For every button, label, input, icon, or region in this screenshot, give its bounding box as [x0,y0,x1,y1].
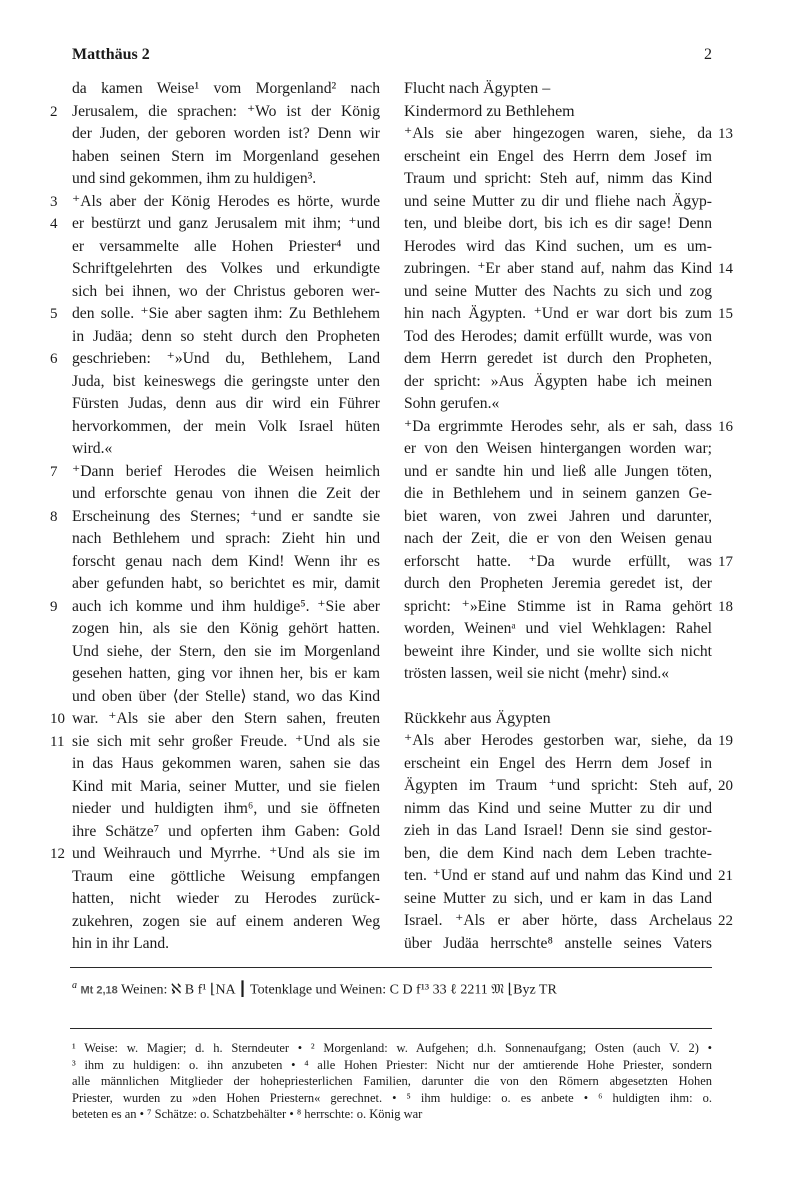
verse-text: und er sandte hin und ließ alle Jungen t… [404,463,712,480]
verse-number: 22 [718,910,738,933]
verse-line: und sind gekommen, ihm zu huldigen³. [72,168,380,191]
page-header: Matthäus 2 2 [72,46,712,70]
verse-line: 12und Weihrauch und Myrrhe. ⁺Und als sie… [72,843,380,866]
verse-line: forscht genau nach dem Kind! Wenn ihr es [72,551,380,574]
verse-number: 11 [50,731,64,754]
verse-line: 14zubringen. ⁺Er aber stand auf, nahm da… [404,258,712,281]
footnote-line: alle männlichen Mitglieder der hohepries… [72,1073,712,1090]
right-text-column: Flucht nach Ägypten – Kindermord zu Beth… [404,78,712,955]
section-heading-flight-line-1: Flucht nach Ägypten – [404,78,712,101]
verse-line: 19⁺Als aber Herodes gestorben war, siehe… [404,730,712,753]
verse-text: ben, die dem Kind nach dem Leben trachte… [404,845,712,862]
verse-line: der spricht: »Aus Ägypten habe ich meine… [404,371,712,394]
verse-text: nach der Zeit, die er von den Weisen gen… [404,530,712,547]
verse-number: 10 [50,708,64,731]
section-flight-body: 13⁺Als sie aber hingezogen waren, siehe,… [404,123,712,686]
verse-number: 2 [50,101,64,124]
verse-text: da kamen Weise¹ vom Morgenland² nach [72,80,380,97]
verse-text: hervorkommen, der mein Volk Israel hüten [72,418,380,435]
verse-line: erscheint ein Engel des Herrn dem Josef … [404,146,712,169]
verse-text: zieh in das Land Israel! Denn sie sind g… [404,822,712,839]
apparatus-text: Weinen: ℵ B f¹ ⌊NA ┃ Totenklage und Wein… [121,983,557,998]
footnote-divider [70,1028,712,1029]
section-return-body: 19⁺Als aber Herodes gestorben war, siehe… [404,730,712,955]
verse-line: Schriftgelehrten des Volkes und erkundig… [72,258,380,281]
verse-line: wird.« [72,438,380,461]
verse-text: ⁺Als sie aber hingezogen waren, siehe, d… [404,125,712,142]
verse-line: seine Mutter zu sich, und er kam in das … [404,888,712,911]
verse-text: haben seinen Stern im Morgenland gesehen [72,148,380,165]
verse-text: Und siehe, der Stern, den sie im Morgenl… [72,643,380,660]
verse-text: Schriftgelehrten des Volkes und erkundig… [72,260,380,277]
verse-number: 21 [718,865,738,888]
verse-text: und seine Mutter des Nachts zu sich und … [404,283,712,300]
verse-number: 15 [718,303,738,326]
verse-text: ⁺Dann berief Herodes die Weisen heimlich [72,463,380,480]
verse-text: der Juden, der geboren worden ist? Denn … [72,125,380,142]
verse-number: 3 [50,191,64,214]
verse-text: Herodes wird das Kind suchen, um es um- [404,238,712,255]
verse-line: hervorkommen, der mein Volk Israel hüten [72,416,380,439]
verse-line: 6geschrieben: ⁺»Und du, Bethlehem, Land [72,348,380,371]
verse-number: 9 [50,596,64,619]
verse-line: und erforschte genau von ihnen die Zeit … [72,483,380,506]
verse-text: nach Bethlehem und sprach: Zieht hin und [72,530,380,547]
verse-text: biet waren, von zwei Jahren und darunter… [404,508,712,525]
verse-text: trösten lassen, weil sie nicht ⟨mehr⟩ si… [404,665,669,682]
verse-line: 18spricht: ⁺»Eine Stimme ist in Rama geh… [404,596,712,619]
verse-line: 11sie sich mit sehr großer Freude. ⁺Und … [72,731,380,754]
verse-text: und erforschte genau von ihnen die Zeit … [72,485,380,502]
verse-text: durch den Propheten Jeremia geredet ist,… [404,575,712,592]
verse-text: ⁺Da ergrimmte Herodes sehr, als er sah, … [404,418,712,435]
verse-text: und sind gekommen, ihm zu huldigen³. [72,170,316,187]
verse-number: 20 [718,775,738,798]
verse-text: er bestürzt und ganz Jerusalem mit ihm; … [72,215,380,232]
verse-number: 19 [718,730,738,753]
verse-text: Sohn gerufen.« [404,395,499,412]
verse-text: Israel. ⁺Als er aber hörte, dass Archela… [404,912,712,929]
verse-line: nach der Zeit, die er von den Weisen gen… [404,528,712,551]
verse-line: ihre Schätze⁷ und opferten ihm Gaben: Go… [72,821,380,844]
footnote-line: Priester, wurden zu »den Hohen Priestern… [72,1090,712,1107]
verse-line: Traum und spricht: Steh auf, nimm das Ki… [404,168,712,191]
section-gap [404,686,712,708]
verse-text: Erscheinung des Sternes; ⁺und er sandte … [72,508,380,525]
verse-text: zubringen. ⁺Er aber stand auf, nahm das … [404,260,712,277]
verse-number: 17 [718,551,738,574]
verse-line: zogen hin, als sie den König gehört hatt… [72,618,380,641]
verse-text: seine Mutter zu sich, und er kam in das … [404,890,712,907]
verse-number: 8 [50,506,64,529]
verse-number: 13 [718,123,738,146]
verse-line: Tod des Herodes; damit erfüllt wurde, wa… [404,326,712,349]
verse-text: war. ⁺Als sie aber den Stern sahen, freu… [72,710,380,727]
verse-text: in Judäa; denn so steht durch den Prophe… [72,328,380,345]
verse-line: zukehren, zogen sie auf einem anderen We… [72,911,380,934]
verse-text: geschrieben: ⁺»Und du, Bethlehem, Land [72,350,380,367]
verse-line: Kind mit Maria, seiner Mutter, und sie f… [72,776,380,799]
verse-line: ten, und bleibe dort, bis ich es dir sag… [404,213,712,236]
verse-line: 21ten. ⁺Und er stand auf und nahm das Ki… [404,865,712,888]
verse-text: hatten, nicht wieder zu Herodes zurück- [72,890,380,907]
verse-number: 6 [50,348,64,371]
verse-line: aber gefunden habt, so berichtet es mir,… [72,573,380,596]
verse-text: und seine Mutter zu dir und fliehe nach … [404,193,712,210]
verse-line: Sohn gerufen.« [404,393,712,416]
verse-text: und Weihrauch und Myrrhe. ⁺Und als sie i… [72,845,380,862]
verse-line: 20Ägypten im Traum ⁺und spricht: Steh au… [404,775,712,798]
verse-text: hin in ihr Land. [72,935,169,952]
verse-line: Fürsten Judas, denn aus dir wird ein Füh… [72,393,380,416]
verse-text: ⁺Als aber der König Herodes es hörte, wu… [72,193,380,210]
verse-line: und er sandte hin und ließ alle Jungen t… [404,461,712,484]
section-heading-flight-line-2: Kindermord zu Bethlehem [404,101,712,124]
verse-line: und oben über ⟨der Stelle⟩ stand, wo das… [72,686,380,709]
verse-line: über Judäa herrschte⁸ anstelle seines Va… [404,933,712,956]
verse-text: Ägypten im Traum ⁺und spricht: Steh auf, [404,777,712,794]
verse-text: ten, und bleibe dort, bis ich es dir sag… [404,215,712,232]
verse-number: 7 [50,461,64,484]
verse-line: sich bei ihnen, wo der Christus geboren … [72,281,380,304]
verse-line: 16⁺Da ergrimmte Herodes sehr, als er sah… [404,416,712,439]
verse-text: forscht genau nach dem Kind! Wenn ihr es [72,553,380,570]
verse-line: in Judäa; denn so steht durch den Prophe… [72,326,380,349]
verse-text: sie sich mit sehr großer Freude. ⁺Und al… [72,733,380,750]
apparatus-divider [70,967,712,968]
verse-number: 5 [50,303,64,326]
verse-text: Traum und spricht: Steh auf, nimm das Ki… [404,170,712,187]
verse-line: 13⁺Als sie aber hingezogen waren, siehe,… [404,123,712,146]
verse-line: trösten lassen, weil sie nicht ⟨mehr⟩ si… [404,663,712,686]
verse-text: aber gefunden habt, so berichtet es mir,… [72,575,380,592]
chapter-number: 2 [704,46,712,64]
verse-text: zukehren, zogen sie auf einem anderen We… [72,913,380,930]
verse-text: die in Bethlehem und in seinem ganzen Ge… [404,485,712,502]
verse-text: in das Haus gekommen waren, sahen sie da… [72,755,380,772]
verse-text: er von den Weisen hintergangen worden wa… [404,440,712,457]
verse-line: da kamen Weise¹ vom Morgenland² nach [72,78,380,101]
verse-line: erscheint ein Engel des Herrn dem Josef … [404,753,712,776]
running-head: Matthäus 2 [72,46,150,64]
verse-line: 15hin nach Ägypten. ⁺Und er war dort bis… [404,303,712,326]
verse-text: hin nach Ägypten. ⁺Und er war dort bis z… [404,305,712,322]
verse-line: 9auch ich komme und ihm huldige⁵. ⁺Sie a… [72,596,380,619]
verse-text: Kind mit Maria, seiner Mutter, und sie f… [72,778,380,795]
verse-line: worden, Weinenᵃ und viel Wehklagen: Rahe… [404,618,712,641]
verse-line: in das Haus gekommen waren, sahen sie da… [72,753,380,776]
verse-text: und oben über ⟨der Stelle⟩ stand, wo das… [72,688,380,705]
verse-text: erforscht hatte. ⁺Da wurde erfüllt, was [404,553,712,570]
left-text-column: da kamen Weise¹ vom Morgenland² nach2Jer… [72,78,380,956]
section-heading-return: Rückkehr aus Ägypten [404,708,712,731]
verse-number: 14 [718,258,738,281]
verse-text: spricht: ⁺»Eine Stimme ist in Rama gehör… [404,598,712,615]
verse-text: Jerusalem, die sprachen: ⁺Wo ist der Kön… [72,103,380,120]
verse-line: gesehen hatten, ging vor ihnen her, bis … [72,663,380,686]
verse-line: Juda, bist keineswegs die geringste unte… [72,371,380,394]
verse-number: 16 [718,416,738,439]
verse-number: 4 [50,213,64,236]
verse-text: er versammelte alle Hohen Priester⁴ und [72,238,380,255]
verse-text: beweint ihre Kinder, und sie wollte sich… [404,643,712,660]
verse-text: wird.« [72,440,112,457]
verse-text: sich bei ihnen, wo der Christus geboren … [72,283,380,300]
verse-line: nimm das Kind und seine Mutter zu dir un… [404,798,712,821]
verse-text: erscheint ein Engel des Herrn dem Josef … [404,148,712,165]
verse-line: 8Erscheinung des Sternes; ⁺und er sandte… [72,506,380,529]
verse-line: 4er bestürzt und ganz Jerusalem mit ihm;… [72,213,380,236]
verse-text: den solle. ⁺Sie aber sagten ihm: Zu Beth… [72,305,380,322]
apparatus-sigil: a [72,980,77,991]
verse-line: nieder und huldigten ihm⁶, und sie öffne… [72,798,380,821]
verse-line: dem Herrn geredet ist durch den Prophete… [404,348,712,371]
verse-text: auch ich komme und ihm huldige⁵. ⁺Sie ab… [72,598,380,615]
verse-number: 18 [718,596,738,619]
verse-line: 10war. ⁺Als sie aber den Stern sahen, fr… [72,708,380,731]
verse-text: Fürsten Judas, denn aus dir wird ein Füh… [72,395,380,412]
verse-line: und seine Mutter zu dir und fliehe nach … [404,191,712,214]
verse-text: ihre Schätze⁷ und opferten ihm Gaben: Go… [72,823,380,840]
verse-text: gesehen hatten, ging vor ihnen her, bis … [72,665,380,682]
verse-line: beweint ihre Kinder, und sie wollte sich… [404,641,712,664]
verse-line: biet waren, von zwei Jahren und darunter… [404,506,712,529]
verse-text: zogen hin, als sie den König gehört hatt… [72,620,380,637]
verse-line: er versammelte alle Hohen Priester⁴ und [72,236,380,259]
verse-line: haben seinen Stern im Morgenland gesehen [72,146,380,169]
footnotes: ¹ Weise: w. Magier; d. h. Sterndeuter • … [72,1040,712,1123]
verse-text: ⁺Als aber Herodes gestorben war, siehe, … [404,732,712,749]
verse-text: erscheint ein Engel des Herrn dem Josef … [404,755,712,772]
verse-line: ben, die dem Kind nach dem Leben trachte… [404,843,712,866]
apparatus-reference: Mt 2,18 [81,985,118,997]
footnote-line: beteten es an • ⁷ Schätze: o. Schatzbehä… [72,1106,712,1123]
verse-text: Tod des Herodes; damit erfüllt wurde, wa… [404,328,712,345]
verse-line: Und siehe, der Stern, den sie im Morgenl… [72,641,380,664]
verse-line: 3⁺Als aber der König Herodes es hörte, w… [72,191,380,214]
verse-text: dem Herrn geredet ist durch den Prophete… [404,350,712,367]
text-critical-apparatus: a Mt 2,18 Weinen: ℵ B f¹ ⌊NA ┃ Totenklag… [72,980,712,999]
verse-line: hin in ihr Land. [72,933,380,956]
verse-line: 2Jerusalem, die sprachen: ⁺Wo ist der Kö… [72,101,380,124]
verse-line: 7⁺Dann berief Herodes die Weisen heimlic… [72,461,380,484]
verse-line: er von den Weisen hintergangen worden wa… [404,438,712,461]
verse-text: nimm das Kind und seine Mutter zu dir un… [404,800,712,817]
footnote-line: ³ ihm zu huldigen: o. ihn anzubeten • ⁴ … [72,1057,712,1074]
verse-text: worden, Weinenᵃ und viel Wehklagen: Rahe… [404,620,712,637]
verse-line: Herodes wird das Kind suchen, um es um- [404,236,712,259]
verse-text: Juda, bist keineswegs die geringste unte… [72,373,380,390]
verse-line: durch den Propheten Jeremia geredet ist,… [404,573,712,596]
verse-line: nach Bethlehem und sprach: Zieht hin und [72,528,380,551]
verse-line: der Juden, der geboren worden ist? Denn … [72,123,380,146]
verse-text: der spricht: »Aus Ägypten habe ich meine… [404,373,712,390]
verse-line: hatten, nicht wieder zu Herodes zurück- [72,888,380,911]
verse-text: ten. ⁺Und er stand auf und nahm das Kind… [404,867,712,884]
verse-line: zieh in das Land Israel! Denn sie sind g… [404,820,712,843]
verse-line: 17erforscht hatte. ⁺Da wurde erfüllt, wa… [404,551,712,574]
verse-text: nieder und huldigten ihm⁶, und sie öffne… [72,800,380,817]
verse-line: 5den solle. ⁺Sie aber sagten ihm: Zu Bet… [72,303,380,326]
verse-number: 12 [50,843,64,866]
verse-line: und seine Mutter des Nachts zu sich und … [404,281,712,304]
verse-line: die in Bethlehem und in seinem ganzen Ge… [404,483,712,506]
verse-line: Traum eine göttliche Weisung empfangen [72,866,380,889]
footnote-line: ¹ Weise: w. Magier; d. h. Sterndeuter • … [72,1040,712,1057]
verse-text: über Judäa herrschte⁸ anstelle seines Va… [404,935,712,952]
verse-line: 22Israel. ⁺Als er aber hörte, dass Arche… [404,910,712,933]
verse-text: Traum eine göttliche Weisung empfangen [72,868,380,885]
